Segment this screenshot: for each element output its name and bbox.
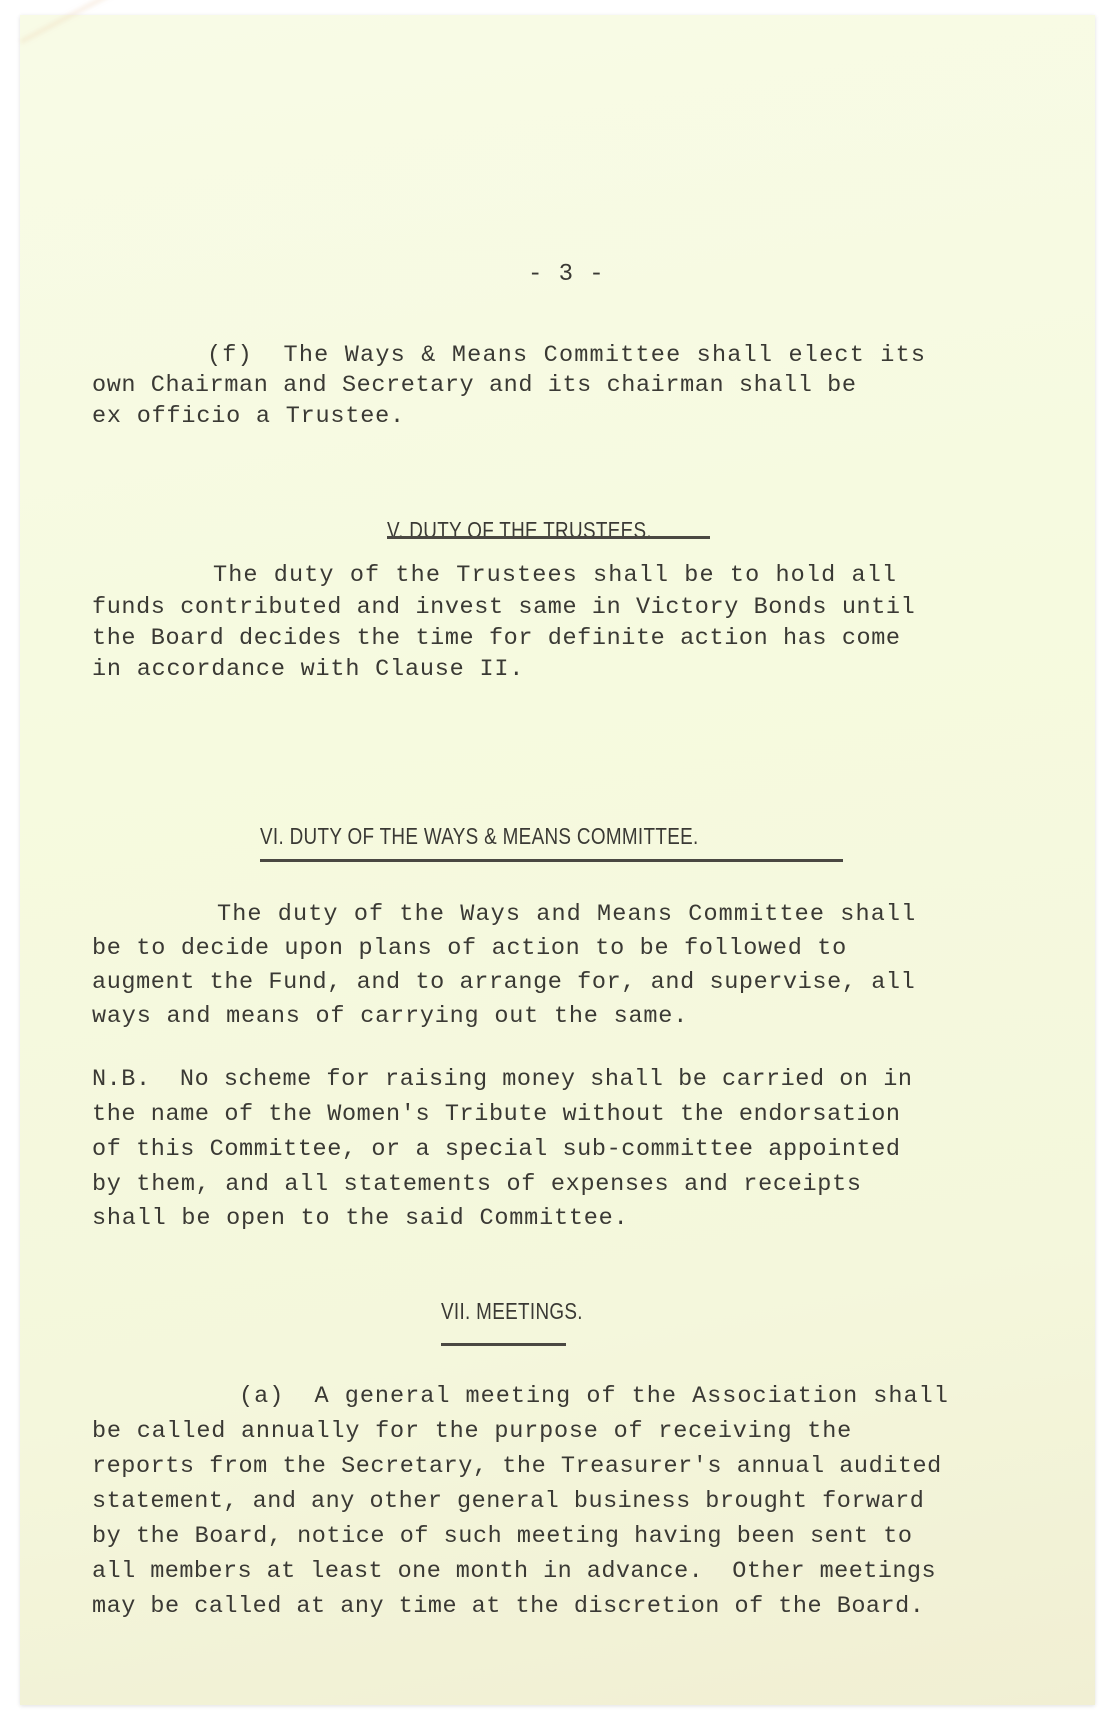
section-vi-line: be to decide upon plans of action to be … <box>92 932 847 965</box>
clause-f-line: ex officio a Trustee. <box>92 400 405 433</box>
section-vii-line: be called annually for the purpose of re… <box>92 1415 852 1448</box>
page-number: - 3 - <box>528 258 605 291</box>
section-v-underline <box>387 536 710 539</box>
section-v-heading: V. DUTY OF THE TRUSTEES. <box>387 514 652 547</box>
nb-line: the name of the Women's Tribute without … <box>92 1098 901 1131</box>
clause-f-line: (f) The Ways & Means Committee shall ele… <box>207 339 926 372</box>
section-v-line: in accordance with Clause II. <box>92 653 524 686</box>
section-vii-line: may be called at any time at the discret… <box>92 1590 924 1623</box>
section-vii-line: (a) A general meeting of the Association… <box>239 1380 949 1413</box>
section-vi-line: The duty of the Ways and Means Committee… <box>217 898 916 931</box>
section-vii-line: statement, and any other general busines… <box>92 1485 924 1518</box>
section-vi-line: augment the Fund, and to arrange for, an… <box>92 966 915 999</box>
section-vii-line: reports from the Secretary, the Treasure… <box>92 1450 942 1483</box>
section-v-line: funds contributed and invest same in Vic… <box>92 591 915 624</box>
nb-line: N.B. No scheme for raising money shall b… <box>92 1063 913 1096</box>
nb-line: of this Committee, or a special sub-comm… <box>92 1133 901 1166</box>
section-vi-line: ways and means of carrying out the same. <box>92 1000 688 1033</box>
clause-f-line: own Chairman and Secretary and its chair… <box>92 369 857 402</box>
section-vi-underline <box>260 859 843 862</box>
nb-line: shall be open to the said Committee. <box>92 1202 628 1235</box>
section-vii-line: by the Board, notice of such meeting hav… <box>92 1520 913 1553</box>
nb-line: by them, and all statements of expenses … <box>92 1168 862 1201</box>
section-v-line: the Board decides the time for definite … <box>92 622 901 655</box>
section-vi-heading: VI. DUTY OF THE WAYS & MEANS COMMITTEE. <box>260 820 699 853</box>
section-vii-heading: VII. MEETINGS. <box>441 1295 583 1328</box>
section-vii-line: all members at least one month in advanc… <box>92 1555 936 1588</box>
section-vii-underline <box>441 1343 566 1346</box>
section-v-line: The duty of the Trustees shall be to hol… <box>213 559 897 592</box>
